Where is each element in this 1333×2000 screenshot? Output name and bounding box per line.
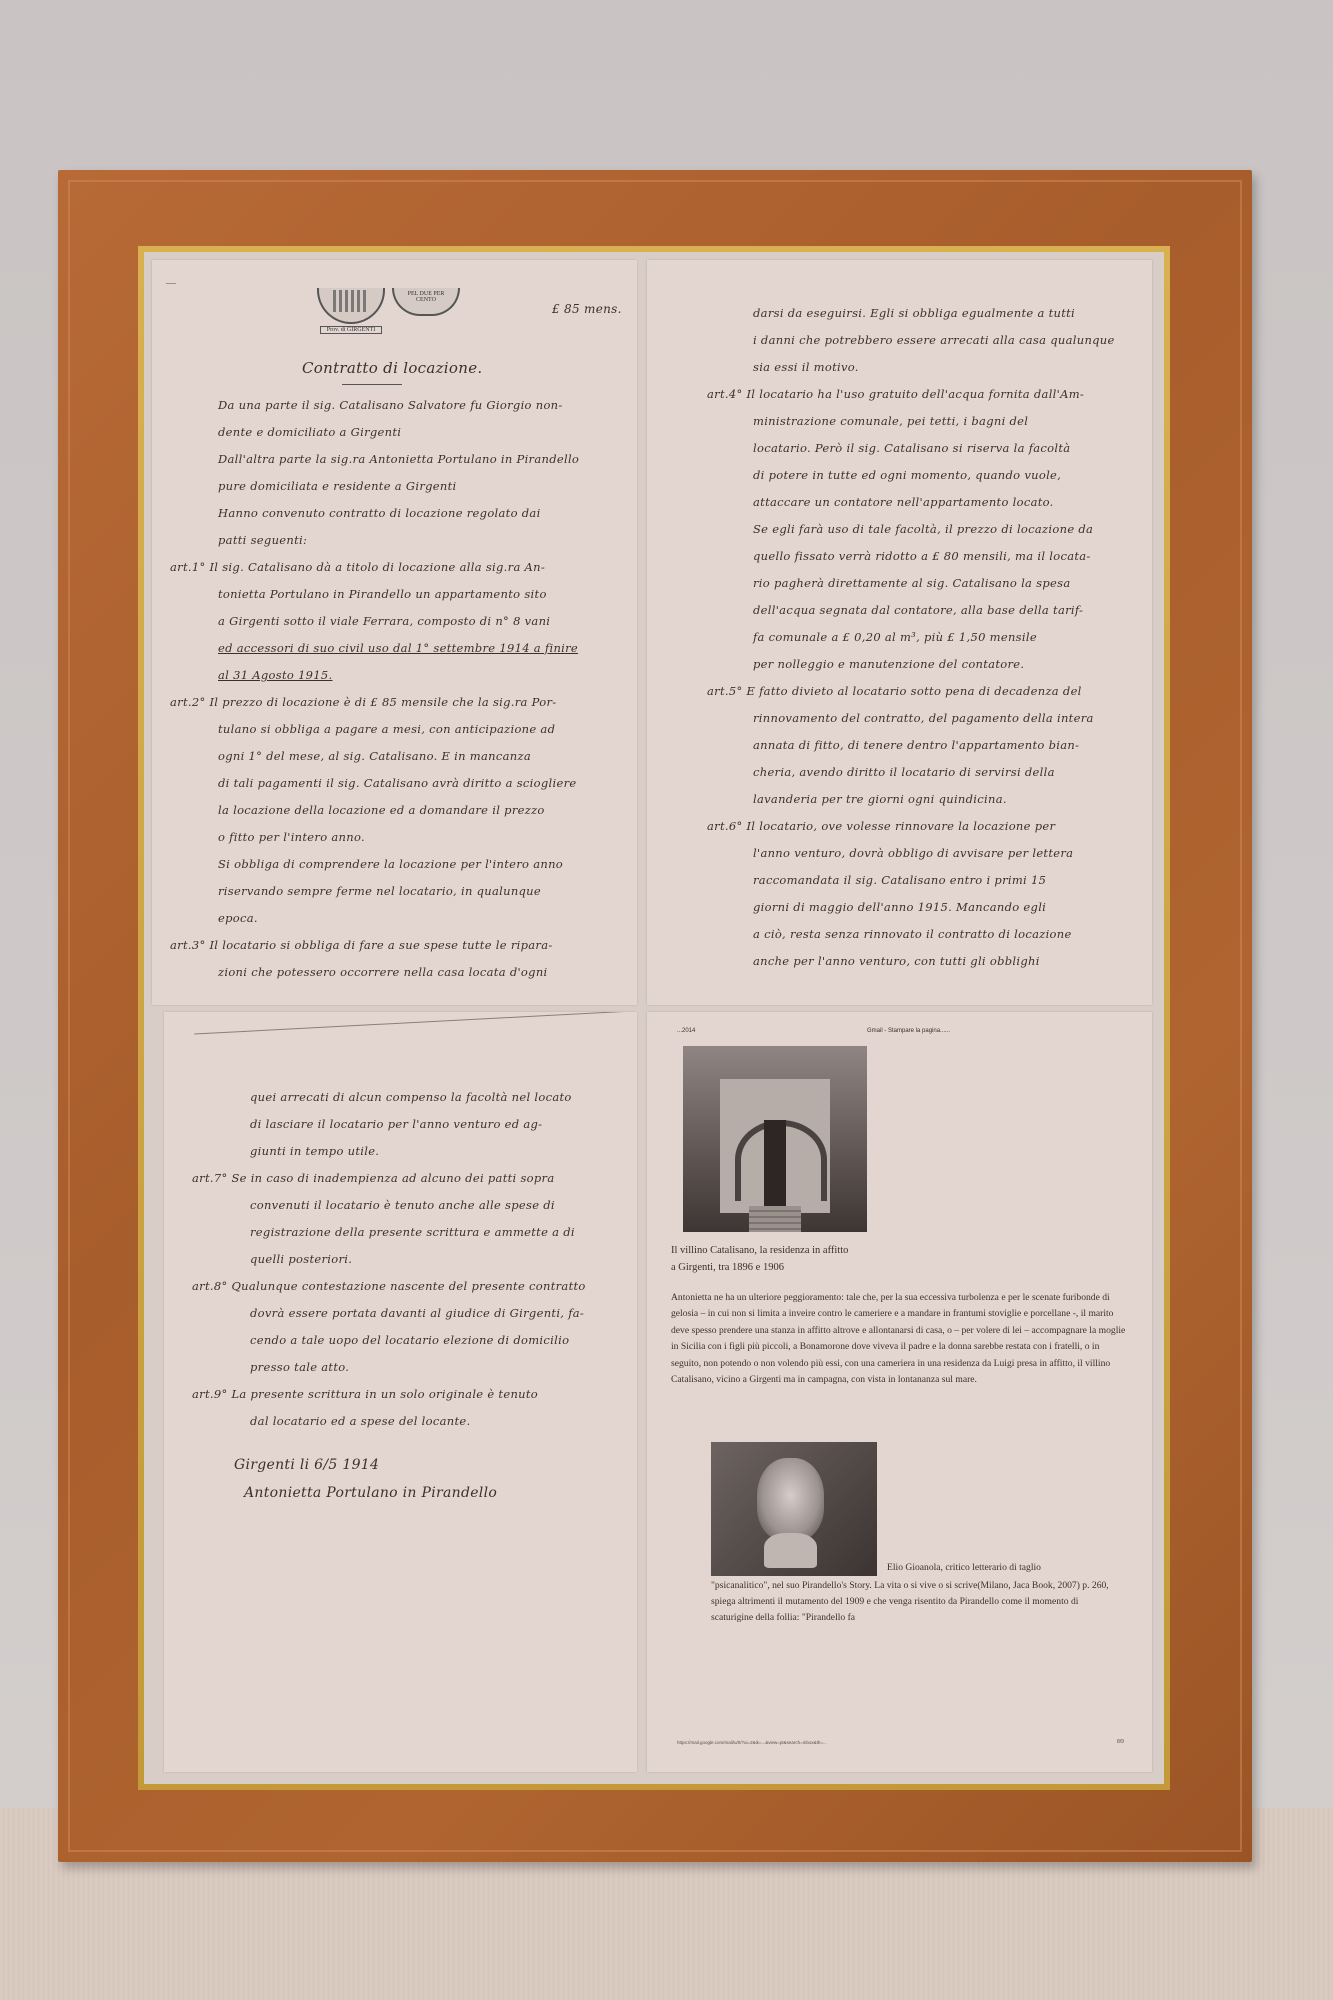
fold-line	[194, 1012, 633, 1035]
text-line: convenuti il locatario è tenuto anche al…	[192, 1192, 622, 1219]
text-line: pure domiciliata e residente a Girgenti	[170, 473, 630, 500]
portrait-hand	[764, 1533, 817, 1568]
text-line: rio pagherà direttamente al sig. Catalis…	[667, 570, 1137, 597]
text-line: ed accessori di suo civil uso dal 1° set…	[170, 635, 630, 662]
text-line: anche per l'anno venturo, con tutti gli …	[667, 948, 1137, 975]
text-line: art.8° Qualunque contestazione nascente …	[192, 1273, 622, 1300]
text-line: riservando sempre ferme nel locatario, i…	[170, 878, 630, 905]
revenue-stamp-right: PEL DUE PER CENTO	[392, 288, 460, 316]
portrait-face	[757, 1458, 823, 1541]
print-footer-url: https://mail.google.com/mail/u/0/?ui=2&i…	[677, 1740, 827, 1745]
villa-photo	[683, 1046, 867, 1232]
caption-line: a Girgenti, tra 1896 e 1906	[671, 1259, 848, 1276]
text-line: fa comunale a £ 0,20 al m³, più £ 1,50 m…	[667, 624, 1137, 651]
text-line: di tali pagamenti il sig. Catalisano avr…	[170, 770, 630, 797]
stamp-figure-icon	[333, 290, 367, 312]
mount-board: — Prov. di GIRGENTI PEL DUE PER CENTO £ …	[144, 252, 1164, 1784]
contract-page-2: darsi da eseguirsi. Egli si obbliga egua…	[647, 260, 1152, 1005]
text-line: Se egli farà uso di tale facoltà, il pre…	[667, 516, 1137, 543]
text-line: o fitto per l'intero anno.	[170, 824, 630, 851]
title-rule	[342, 384, 402, 385]
text-line: a ciò, resta senza rinnovato il contratt…	[667, 921, 1137, 948]
text-line: sia essi il motivo.	[667, 354, 1137, 381]
text-line: per nolleggio e manutenzione del contato…	[667, 651, 1137, 678]
text-line: epoca.	[170, 905, 630, 932]
printed-page: ...2014 Gmail - Stampare la pagina......…	[647, 1012, 1152, 1772]
text-line: zioni che potessero occorrere nella casa…	[170, 959, 630, 986]
text-line: art.5° E fatto divieto al locatario sott…	[667, 678, 1137, 705]
signature: Antonietta Portulano in Pirandello	[244, 1480, 497, 1507]
text-line: art.4° Il locatario ha l'uso gratuito de…	[667, 381, 1137, 408]
text-line: giorni di maggio dell'anno 1915. Mancand…	[667, 894, 1137, 921]
text-line: Dall'altra parte la sig.ra Antonietta Po…	[170, 446, 630, 473]
text-line: i danni che potrebbero essere arrecati a…	[667, 327, 1137, 354]
text-line: art.7° Se in caso di inadempienza ad alc…	[192, 1165, 622, 1192]
text-line: di lasciare il locatario per l'anno vent…	[192, 1111, 622, 1138]
text-line: lavanderia per tre giorni ogni quindicin…	[667, 786, 1137, 813]
text-line: quelli posteriori.	[192, 1246, 622, 1273]
text-line: art.1° Il sig. Catalisano dà a titolo di…	[170, 554, 630, 581]
text-line: Hanno convenuto contratto di locazione r…	[170, 500, 630, 527]
text-line: registrazione della presente scrittura e…	[192, 1219, 622, 1246]
corner-mark: —	[166, 278, 176, 289]
text-line: Da una parte il sig. Catalisano Salvator…	[170, 392, 630, 419]
print-header-title: Gmail - Stampare la pagina......	[867, 1028, 950, 1034]
text-line: quei arrecati di alcun compenso la facol…	[192, 1084, 622, 1111]
text-line: rinnovamento del contratto, del pagament…	[667, 705, 1137, 732]
text-line: l'anno venturo, dovrà obbligo di avvisar…	[667, 840, 1137, 867]
text-line: al 31 Agosto 1915.	[170, 662, 630, 689]
text-line: ogni 1° del mese, al sig. Catalisano. E …	[170, 743, 630, 770]
text-line: raccomandata il sig. Catalisano entro i …	[667, 867, 1137, 894]
print-footer-page: 8/9	[1117, 1739, 1124, 1745]
place-date: Girgenti li 6/5 1914	[234, 1452, 379, 1479]
text-line: locatario. Però il sig. Catalisano si ri…	[667, 435, 1137, 462]
villa-door	[764, 1120, 786, 1213]
text-line: art.2° Il prezzo di locazione è di £ 85 …	[170, 689, 630, 716]
text-line: cheria, avendo diritto il locatario di s…	[667, 759, 1137, 786]
text-line: art.6° Il locatario, ove volesse rinnova…	[667, 813, 1137, 840]
stamp-amount: £ 85 mens.	[552, 296, 622, 323]
text-line: art.9° La presente scrittura in un solo …	[192, 1381, 622, 1408]
text-line: dente e domiciliato a Girgenti	[170, 419, 630, 446]
text-line: cendo a tale uopo del locatario elezione…	[192, 1327, 622, 1354]
body-paragraph: Antonietta ne ha un ulteriore peggiorame…	[671, 1290, 1127, 1388]
contract-text-2: darsi da eseguirsi. Egli si obbliga egua…	[667, 300, 1137, 975]
quote-paragraph: "psicanalitico", nel suo Pirandello's St…	[711, 1578, 1111, 1626]
text-line: quello fissato verrà ridotto a £ 80 mens…	[667, 543, 1137, 570]
stamp-right-label: PEL DUE PER CENTO	[400, 291, 452, 303]
contract-page-1: — Prov. di GIRGENTI PEL DUE PER CENTO £ …	[152, 260, 637, 1005]
text-line: dell'acqua segnata dal contatore, alla b…	[667, 597, 1137, 624]
text-line: tulano si obbliga a pagare a mesi, con a…	[170, 716, 630, 743]
text-line: dal locatario ed a spese del locante.	[192, 1408, 622, 1435]
text-line: dovrà essere portata davanti al giudice …	[192, 1300, 622, 1327]
text-line: darsi da eseguirsi. Egli si obbliga egua…	[667, 300, 1137, 327]
print-header-date: ...2014	[677, 1028, 695, 1034]
text-line: la locazione della locazione ed a domand…	[170, 797, 630, 824]
contract-page-3: quei arrecati di alcun compenso la facol…	[164, 1012, 637, 1772]
quote-first-line: Elio Gioanola, critico letterario di tag…	[887, 1562, 1041, 1573]
caption-line: Il villino Catalisano, la residenza in a…	[671, 1242, 848, 1259]
text-line: Si obbliga di comprendere la locazione p…	[170, 851, 630, 878]
picture-frame: — Prov. di GIRGENTI PEL DUE PER CENTO £ …	[58, 170, 1252, 1862]
gilt-liner: — Prov. di GIRGENTI PEL DUE PER CENTO £ …	[138, 246, 1170, 1790]
photo-caption: Il villino Catalisano, la residenza in a…	[671, 1242, 848, 1276]
text-line: a Girgenti sotto il viale Ferrara, compo…	[170, 608, 630, 635]
contract-text-1: Da una parte il sig. Catalisano Salvator…	[170, 392, 630, 986]
text-line: annata di fitto, di tenere dentro l'appa…	[667, 732, 1137, 759]
text-line: giunti in tempo utile.	[192, 1138, 622, 1165]
villa-steps	[749, 1206, 801, 1232]
text-line: patti seguenti:	[170, 527, 630, 554]
text-line: presso tale atto.	[192, 1354, 622, 1381]
text-line: attaccare un contatore nell'appartamento…	[667, 489, 1137, 516]
contract-title: Contratto di locazione.	[302, 355, 482, 382]
stamp-left-label: Prov. di GIRGENTI	[320, 326, 382, 334]
text-line: ministrazione comunale, pei tetti, i bag…	[667, 408, 1137, 435]
text-line: tonietta Portulano in Pirandello un appa…	[170, 581, 630, 608]
text-line: di potere in tutte ed ogni momento, quan…	[667, 462, 1137, 489]
pirandello-portrait	[711, 1442, 877, 1576]
revenue-stamp-left	[317, 288, 385, 324]
text-line: art.3° Il locatario si obbliga di fare a…	[170, 932, 630, 959]
contract-text-3: quei arrecati di alcun compenso la facol…	[192, 1084, 622, 1435]
